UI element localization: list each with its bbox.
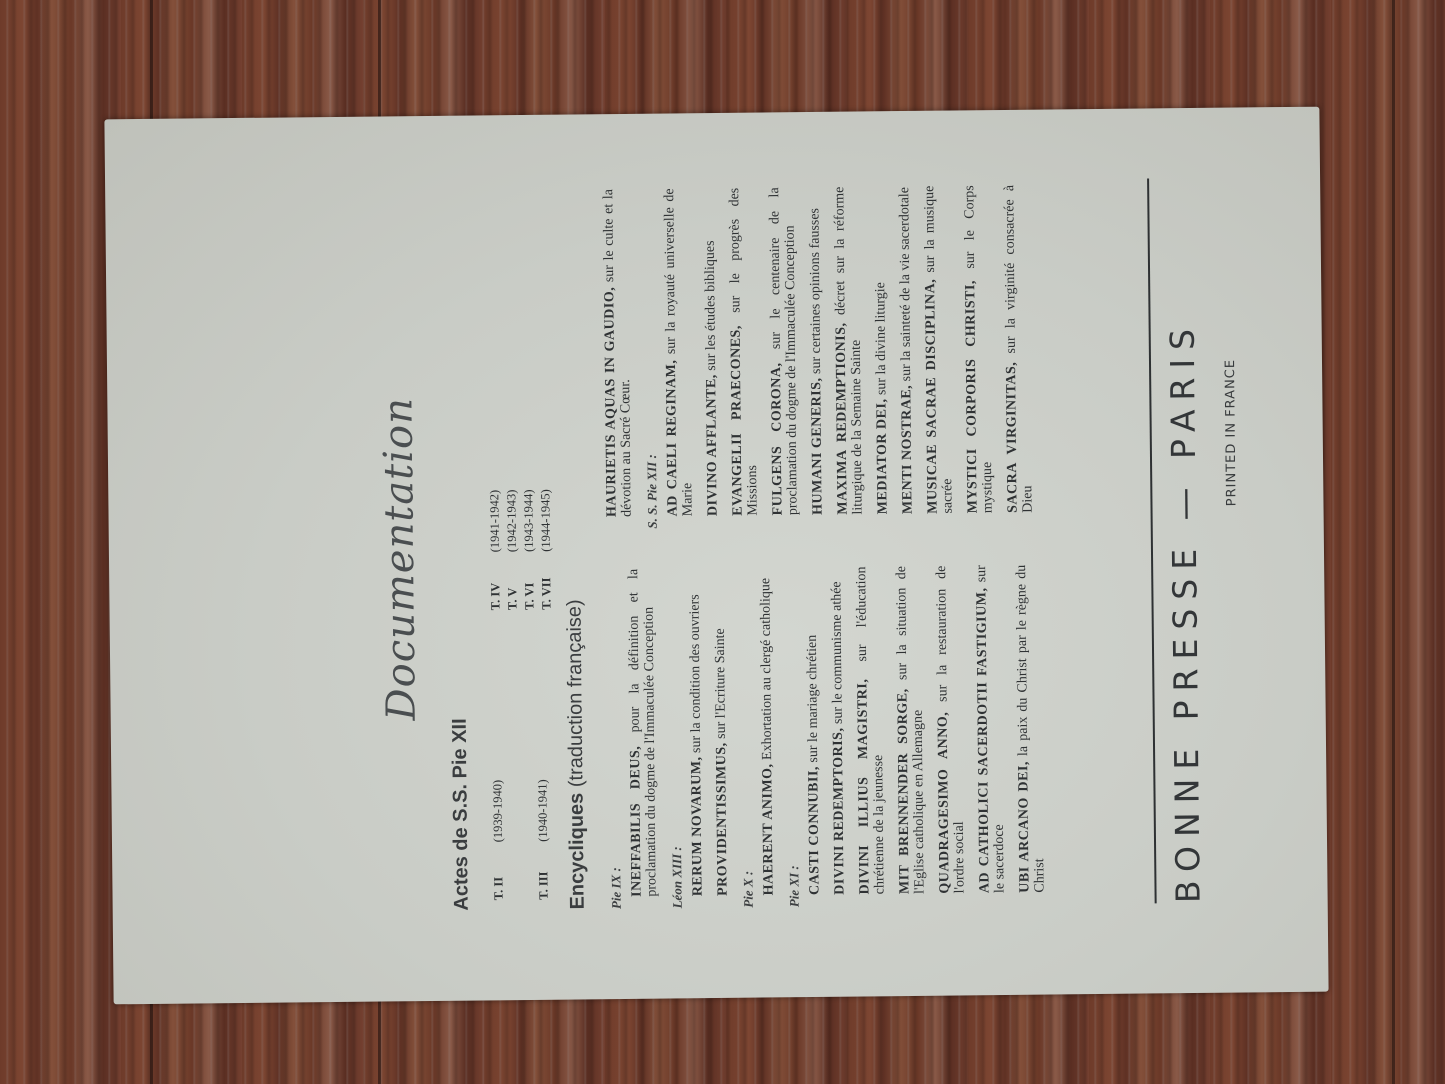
encyclical-name: AD CATHOLICI SACERDOTII FASTIGIUM, <box>974 588 992 894</box>
encyclical-name: MUSICAE SACRAE DISCIPLINA, <box>923 279 940 514</box>
encyclical-name: SACRA VIRGINITAS, <box>1004 362 1021 513</box>
volume-item: T. IV (1941-1942) <box>486 350 504 610</box>
encyclical-desc: sur le communisme athée <box>829 581 845 724</box>
encyclical-name: DIVINI REDEMPTORIS, <box>831 727 848 894</box>
wood-seam <box>1392 0 1395 1084</box>
encyclical-name: RERUM NOVARUM, <box>689 756 705 896</box>
encyclical-name: DIVINO AFFLANTE, <box>704 374 720 516</box>
volume-years: (1941-1942) <box>487 490 503 553</box>
encyclical-entry: MAXIMA REDEMPTIONIS, décret sur la réfor… <box>832 186 865 514</box>
actes-heading: Actes de S.S. Pie XII <box>443 191 474 911</box>
volume-tome: T. II <box>491 852 507 900</box>
volume-years: (1944-1945) <box>538 489 554 552</box>
printed-in-notice: PRINTED IN FRANCE <box>1221 178 1241 688</box>
encyclical-name: INEFFABILIS DEUS, <box>628 746 645 897</box>
volume-tome: T. V <box>505 562 521 610</box>
volume-years: (1943-1944) <box>521 489 537 552</box>
encyclical-entry: FULGENS CORONA, sur le centenaire de la … <box>767 187 800 515</box>
encyclical-entry: MIT BRENNENDER SORGE, sur la situation d… <box>894 566 927 894</box>
encyclical-entry: UBI ARCANO DEI, la paix du Christ par le… <box>1014 565 1047 893</box>
encyclical-entry: CASTI CONNUBII, sur le mariage chrétien <box>804 567 822 895</box>
booklet-back-cover: Documentation Actes de S.S. Pie XII T. I… <box>104 107 1328 1005</box>
actes-section: Actes de S.S. Pie XII T. II (1939-1940) … <box>443 189 580 910</box>
encyclical-entry: MEDIATOR DEI, sur la divine liturgie <box>872 186 890 514</box>
volume-tome: T. III <box>536 852 552 900</box>
encyclical-name: CASTI CONNUBII, <box>806 766 822 895</box>
encycliques-column-left: Pie IX : INEFFABILIS DEUS, pour la défin… <box>599 564 1058 909</box>
volume-column-right: T. IV (1941-1942) T. V (1942-1943) T. VI… <box>486 349 577 610</box>
encyclical-desc: Exhortation au clergé catholique <box>758 578 775 760</box>
encyclical-entry: PROVIDENTISSIMUS, sur l'Ecriture Sainte <box>712 568 730 896</box>
encyclical-desc: sur la divine liturgie <box>873 282 889 395</box>
volume-item: T. III (1940-1941) <box>534 610 552 900</box>
volume-item: T. V (1942-1943) <box>503 350 521 610</box>
encyclical-entry: HAERENT ANIMO, Exhortation au clergé cat… <box>758 567 776 895</box>
encycliques-columns: Pie IX : INEFFABILIS DEUS, pour la défin… <box>595 184 1058 909</box>
encyclical-entry: DIVINI ILLIUS MAGISTRI, sur l'éducation … <box>854 566 887 894</box>
pope-label: S. S. Pie XII : <box>641 189 660 529</box>
volume-item: T. VII (1944-1945) <box>537 350 555 610</box>
encyclical-entry: HAURIETIS AQUAS IN GAUDIO, sur le culte … <box>601 189 634 517</box>
encycliques-title: Encycliques <box>565 793 588 910</box>
encyclical-name: HUMANI GENERIS, <box>809 377 825 515</box>
volume-tome: T. IV <box>488 562 504 610</box>
cover-title: Documentation <box>372 116 427 1001</box>
encycliques-heading: Encycliques (traduction française) <box>563 599 589 909</box>
pope-label: Pie X : <box>737 568 756 908</box>
volume-tome: T. VII <box>539 562 555 610</box>
encyclical-entry: MENTI NOSTRAE, sur la sainteté de la vie… <box>897 186 915 514</box>
encyclical-entry: HUMANI GENERIS, sur certaines opinions f… <box>807 187 825 515</box>
encyclical-name: PROVIDENTISSIMUS, <box>714 742 731 896</box>
encyclical-name: FULGENS CORONA, <box>769 363 786 516</box>
encyclical-entry: QUADRAGESIMO ANNO, sur la restauration d… <box>934 565 967 893</box>
encycliques-column-right: HAURIETIS AQUAS IN GAUDIO, sur le culte … <box>595 184 1054 529</box>
pope-label: Léon XIII : <box>666 568 685 908</box>
volume-years: (1942-1943) <box>504 490 520 553</box>
volume-years: (1940-1941) <box>535 779 551 842</box>
encyclical-desc: sur certaines opinions fausses <box>807 208 824 374</box>
encyclical-name: HAERENT ANIMO, <box>760 763 776 895</box>
encyclical-desc: sur l'Ecriture Sainte <box>713 628 729 739</box>
encyclical-name: MEDIATOR DEI, <box>874 399 890 515</box>
publisher-name: BONNE PRESSE — PARIS <box>1161 178 1208 903</box>
encyclical-name: MYSTICI CORPORIS CHRISTI, <box>963 280 980 513</box>
encyclical-entry: MYSTICI CORPORIS CHRISTI, sur le Corps m… <box>962 185 995 513</box>
encycliques-subtitle: (traduction française) <box>563 599 587 787</box>
encyclical-name: UBI ARCANO DEI, <box>1016 761 1032 893</box>
encyclical-name: MENTI NOSTRAE, <box>899 385 915 514</box>
encyclical-name: EVANGELII PRAECONES, <box>729 325 746 516</box>
encyclical-name: AD CAELI REGINAM, <box>664 360 681 517</box>
encyclical-entry: DIVINI REDEMPTORIS, sur le communisme at… <box>829 567 847 895</box>
encyclical-entry: DIVINO AFFLANTE, sur les études biblique… <box>702 188 720 516</box>
encyclical-desc: sur le mariage chrétien <box>805 635 821 763</box>
encyclical-desc: sur la condition des ouvriers <box>687 594 704 753</box>
encyclical-entry: RERUM NOVARUM, sur la condition des ouvr… <box>687 568 705 896</box>
encyclical-name: HAURIETIS AQUAS IN GAUDIO, <box>602 287 619 517</box>
encyclical-entry: INEFFABILIS DEUS, pour la définition et … <box>626 569 659 897</box>
volume-item: T. II (1939-1940) <box>489 610 507 900</box>
encyclical-desc: sur les études bibliques <box>703 240 719 370</box>
encyclical-desc: sur la sainteté de la vie sacerdotale <box>897 187 914 382</box>
encyclical-name: QUADRAGESIMO ANNO, <box>936 712 953 894</box>
encyclical-entry: MUSICAE SACRAE DISCIPLINA, sur la musiqu… <box>922 186 955 514</box>
volume-item: T. VI (1943-1944) <box>520 350 538 610</box>
encyclical-name: DIVINI ILLIUS MAGISTRI, <box>855 679 872 895</box>
volume-years: (1939-1940) <box>490 780 506 843</box>
pope-label: Pie XI : <box>783 567 802 907</box>
divider-rule <box>1147 178 1157 903</box>
encyclical-entry: AD CAELI REGINAM, sur la royauté univers… <box>662 188 695 516</box>
volume-tome: T. VI <box>522 562 538 610</box>
encyclical-entry: EVANGELII PRAECONES, sur le progrès des … <box>727 188 760 516</box>
pope-label: Pie IX : <box>605 569 624 909</box>
encyclical-entry: AD CATHOLICI SACERDOTII FASTIGIUM, sur l… <box>974 565 1007 893</box>
encyclical-entry: SACRA VIRGINITAS, sur la virginité consa… <box>1002 185 1035 513</box>
